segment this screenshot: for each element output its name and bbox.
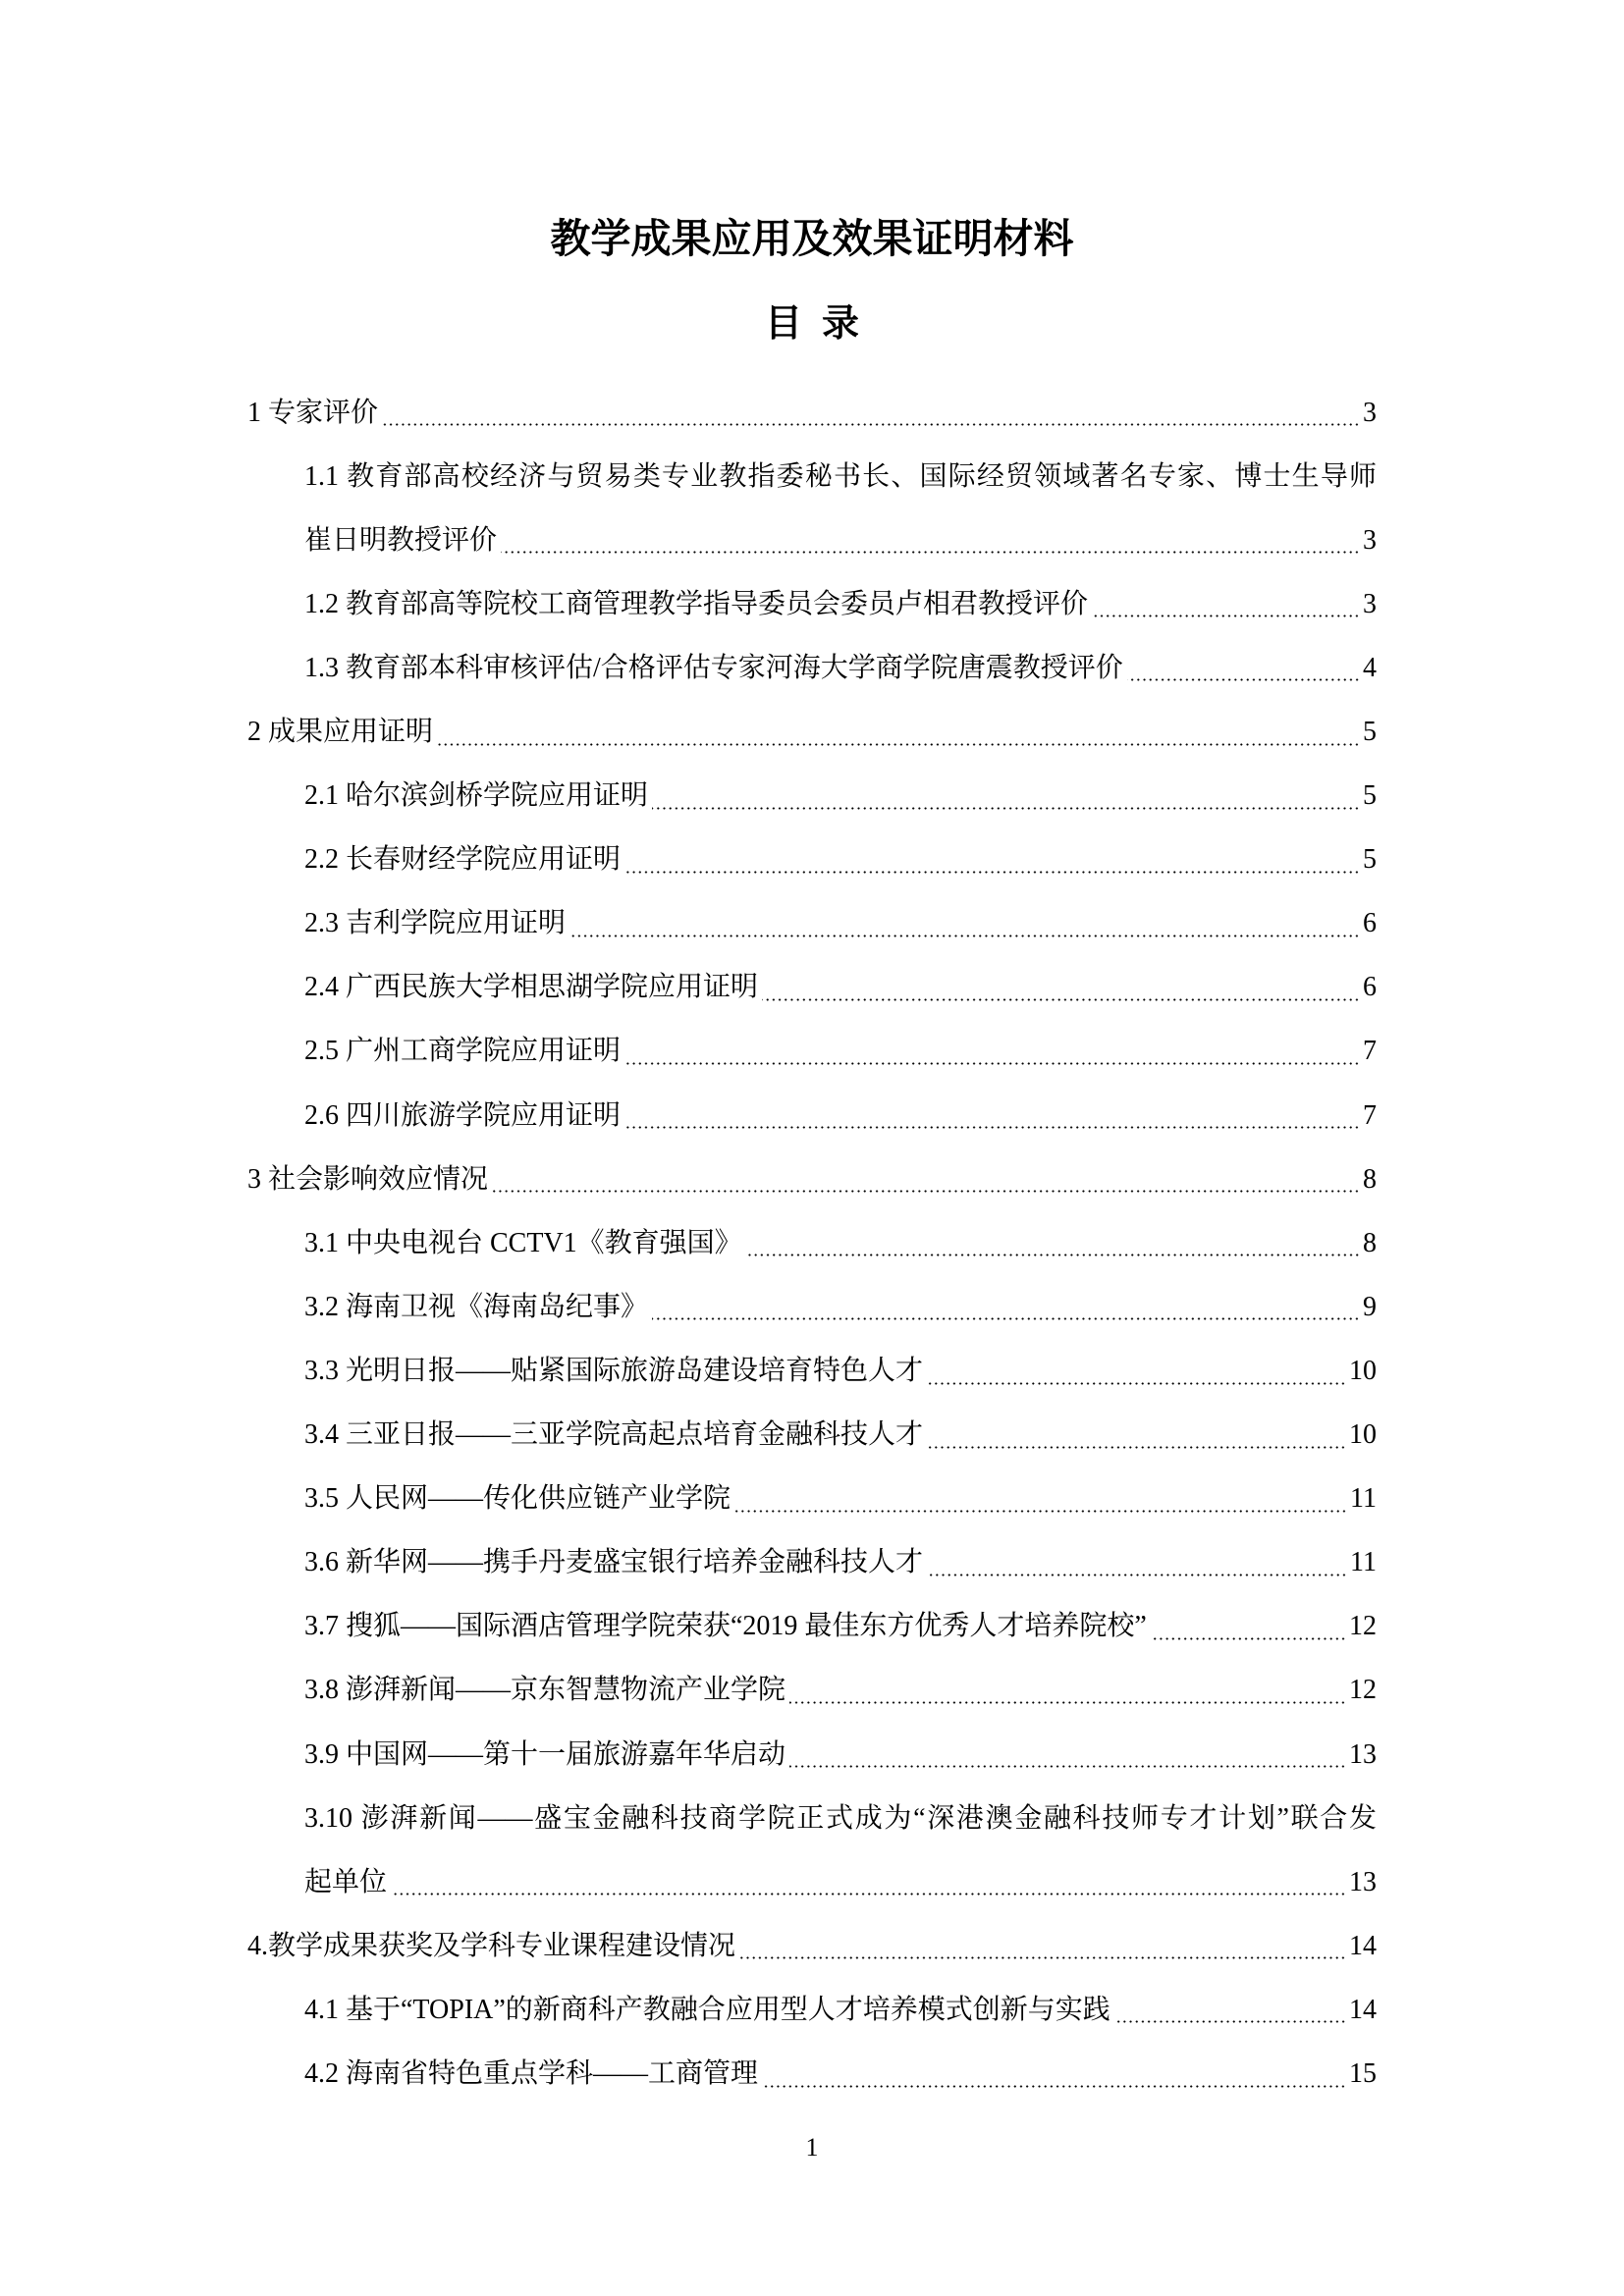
dot-leader xyxy=(624,1062,1360,1065)
toc-entry-subsection[interactable]: 3.10 澎湃新闻——盛宝金融科技商学院正式成为“深港澳金融科技师专才计划”联合… xyxy=(247,1787,1377,1850)
toc-entry-page-number: 3 xyxy=(1363,587,1377,622)
toc-entry-page-number: 6 xyxy=(1363,906,1377,941)
toc-entry-page-number: 8 xyxy=(1363,1162,1377,1198)
toc-entry-subsection[interactable]: 2.3 吉利学院应用证明6 xyxy=(247,892,1377,956)
dot-leader xyxy=(569,934,1360,937)
toc-entry-title: 1.1 教育部高校经济与贸易类专业教指委秘书长、国际经贸领域著名专家、博士生导师 xyxy=(304,459,1377,495)
toc-heading-char: 目 xyxy=(765,300,802,347)
toc-entry-page-number: 12 xyxy=(1349,1673,1377,1708)
dot-leader xyxy=(734,1510,1347,1513)
toc-entry-page-number: 11 xyxy=(1350,1481,1377,1517)
toc-entry-subsection[interactable]: 1.3 教育部本科审核评估/合格评估专家河海大学商学院唐震教授评价4 xyxy=(247,636,1377,700)
toc-entry-title: 3.6 新华网——携手丹麦盛宝银行培养金融科技人才 xyxy=(304,1545,923,1580)
toc-entry-title: 2.4 广西民族大学相思湖学院应用证明 xyxy=(304,970,758,1005)
toc-entry-title: 3.1 中央电视台 CCTV1《教育强国》 xyxy=(304,1226,742,1261)
dot-leader xyxy=(492,1190,1360,1193)
toc-entry-title: 2.5 广州工商学院应用证明 xyxy=(304,1034,621,1069)
dot-leader xyxy=(1092,614,1360,617)
toc-entry-title: 崔日明教授评价 xyxy=(304,523,497,559)
toc-entry-subsection[interactable]: 3.9 中国网——第十一届旅游嘉年华启动13 xyxy=(247,1723,1377,1787)
toc-entry-page-number: 4 xyxy=(1363,651,1377,686)
toc-entry-page-number: 14 xyxy=(1349,1929,1377,1964)
dot-leader xyxy=(624,1126,1360,1129)
table-of-contents: 1 专家评价31.1 教育部高校经济与贸易类专业教指委秘书长、国际经贸领域著名专… xyxy=(247,381,1377,2107)
toc-entry-subsection[interactable]: 3.6 新华网——携手丹麦盛宝银行培养金融科技人才11 xyxy=(247,1531,1377,1595)
toc-entry-subsection[interactable]: 3.2 海南卫视《海南岛纪事》9 xyxy=(247,1275,1377,1339)
toc-entry-page-number: 9 xyxy=(1363,1290,1377,1325)
toc-entry-section[interactable]: 3 社会影响效应情况8 xyxy=(247,1148,1377,1211)
toc-entry-title: 4.1 基于“TOPIA”的新商科产教融合应用型人才培养模式创新与实践 xyxy=(304,1993,1110,2028)
toc-entry-page-number: 15 xyxy=(1349,2056,1377,2092)
toc-entry-title: 2.1 哈尔滨剑桥学院应用证明 xyxy=(304,778,648,814)
toc-entry-page-number: 5 xyxy=(1363,778,1377,814)
toc-entry-title: 3.7 搜狐——国际酒店管理学院荣获“2019 最佳东方优秀人才培养院校” xyxy=(304,1609,1147,1644)
dot-leader xyxy=(927,1574,1347,1576)
dot-leader xyxy=(739,1956,1346,1959)
toc-entry-subsection[interactable]: 3.1 中央电视台 CCTV1《教育强国》8 xyxy=(247,1211,1377,1275)
toc-entry-title: 3.3 光明日报——贴紧国际旅游岛建设培育特色人才 xyxy=(304,1354,923,1389)
page-number: 1 xyxy=(0,2130,1624,2165)
toc-entry-title: 3.5 人民网——传化供应链产业学院 xyxy=(304,1481,731,1517)
toc-entry-title: 3.2 海南卫视《海南岛纪事》 xyxy=(304,1290,648,1325)
dot-leader xyxy=(927,1382,1346,1385)
toc-entry-subsection[interactable]: 3.8 澎湃新闻——京东智慧物流产业学院12 xyxy=(247,1659,1377,1723)
toc-entry-subsection[interactable]: 3.4 三亚日报——三亚学院高起点培育金融科技人才10 xyxy=(247,1404,1377,1468)
toc-entry-title: 3 社会影响效应情况 xyxy=(247,1162,488,1198)
toc-entry-page-number: 13 xyxy=(1349,1865,1377,1900)
toc-entry-title: 起单位 xyxy=(304,1865,387,1900)
toc-entry-page-number: 10 xyxy=(1349,1354,1377,1389)
dot-leader xyxy=(501,551,1360,554)
toc-entry-title: 2.2 长春财经学院应用证明 xyxy=(304,842,621,878)
dot-leader xyxy=(789,1765,1346,1768)
toc-entry-subsection[interactable]: 1.2 教育部高等院校工商管理教学指导委员会委员卢相君教授评价3 xyxy=(247,572,1377,636)
toc-entry-subsection[interactable]: 3.5 人民网——传化供应链产业学院11 xyxy=(247,1468,1377,1531)
dot-leader xyxy=(1114,2020,1346,2023)
toc-entry-subsection[interactable]: 2.4 广西民族大学相思湖学院应用证明6 xyxy=(247,956,1377,1020)
dot-leader xyxy=(437,743,1360,746)
dot-leader xyxy=(624,871,1360,874)
toc-entry-page-number: 13 xyxy=(1349,1737,1377,1773)
toc-entry-page-number: 8 xyxy=(1363,1226,1377,1261)
toc-entry-section[interactable]: 4.教学成果获奖及学科专业课程建设情况14 xyxy=(247,1914,1377,1978)
toc-entry-page-number: 14 xyxy=(1349,1993,1377,2028)
toc-entry-subsection[interactable]: 2.5 广州工商学院应用证明7 xyxy=(247,1020,1377,1084)
toc-heading: 目录 xyxy=(0,300,1624,347)
toc-entry-subsection[interactable]: 2.6 四川旅游学院应用证明7 xyxy=(247,1084,1377,1148)
toc-entry-title: 3.8 澎湃新闻——京东智慧物流产业学院 xyxy=(304,1673,785,1708)
dot-leader xyxy=(652,1317,1360,1320)
toc-entry-page-number: 11 xyxy=(1350,1545,1377,1580)
dot-leader xyxy=(762,998,1360,1001)
toc-entry-page-number: 3 xyxy=(1363,523,1377,559)
toc-entry-title: 2 成果应用证明 xyxy=(247,715,433,750)
dot-leader xyxy=(391,1893,1346,1896)
toc-entry-title: 3.10 澎湃新闻——盛宝金融科技商学院正式成为“深港澳金融科技师专才计划”联合… xyxy=(304,1801,1377,1837)
toc-entry-page-number: 5 xyxy=(1363,715,1377,750)
dot-leader xyxy=(746,1254,1360,1256)
toc-entry-subsection[interactable]: 3.7 搜狐——国际酒店管理学院荣获“2019 最佳东方优秀人才培养院校”12 xyxy=(247,1595,1377,1659)
toc-entry-title: 4.教学成果获奖及学科专业课程建设情况 xyxy=(247,1929,735,1964)
toc-entry-title: 4.2 海南省特色重点学科——工商管理 xyxy=(304,2056,758,2092)
dot-leader xyxy=(1151,1637,1346,1640)
toc-entry-subsection[interactable]: 2.1 哈尔滨剑桥学院应用证明5 xyxy=(247,765,1377,828)
toc-entry-title: 3.9 中国网——第十一届旅游嘉年华启动 xyxy=(304,1737,785,1773)
toc-entry-page-number: 12 xyxy=(1349,1609,1377,1644)
toc-entry-page-number: 3 xyxy=(1363,396,1377,431)
toc-entry-subsection[interactable]: 4.1 基于“TOPIA”的新商科产教融合应用型人才培养模式创新与实践14 xyxy=(247,1978,1377,2042)
toc-entry-page-number: 7 xyxy=(1363,1034,1377,1069)
toc-entry-title: 1.3 教育部本科审核评估/合格评估专家河海大学商学院唐震教授评价 xyxy=(304,651,1123,686)
toc-entry-page-number: 7 xyxy=(1363,1098,1377,1134)
toc-entry-subsection[interactable]: 4.2 海南省特色重点学科——工商管理15 xyxy=(247,2042,1377,2106)
toc-entry-section[interactable]: 2 成果应用证明5 xyxy=(247,700,1377,764)
dot-leader xyxy=(1127,678,1360,681)
toc-entry-title: 1.2 教育部高等院校工商管理教学指导委员会委员卢相君教授评价 xyxy=(304,587,1088,622)
toc-entry-title: 2.6 四川旅游学院应用证明 xyxy=(304,1098,621,1134)
toc-entry-subsection[interactable]: 2.2 长春财经学院应用证明5 xyxy=(247,828,1377,892)
dot-leader xyxy=(382,423,1360,426)
dot-leader xyxy=(762,2085,1346,2088)
dot-leader xyxy=(927,1446,1346,1449)
toc-entry-subsection[interactable]: 3.3 光明日报——贴紧国际旅游岛建设培育特色人才10 xyxy=(247,1339,1377,1403)
dot-leader xyxy=(789,1701,1346,1704)
document-title: 教学成果应用及效果证明材料 xyxy=(0,214,1624,263)
toc-entry-section[interactable]: 1 专家评价3 xyxy=(247,381,1377,445)
toc-entry-page-number: 6 xyxy=(1363,970,1377,1005)
toc-entry-subsection[interactable]: 1.1 教育部高校经济与贸易类专业教指委秘书长、国际经贸领域著名专家、博士生导师 xyxy=(247,445,1377,508)
toc-heading-char: 录 xyxy=(822,300,859,347)
toc-entry-title: 3.4 三亚日报——三亚学院高起点培育金融科技人才 xyxy=(304,1417,923,1453)
toc-entry-title: 1 专家评价 xyxy=(247,396,378,431)
toc-entry-page-number: 5 xyxy=(1363,842,1377,878)
toc-entry-subsection[interactable]: 崔日明教授评价3 xyxy=(247,508,1377,572)
toc-entry-page-number: 10 xyxy=(1349,1417,1377,1453)
toc-entry-subsection[interactable]: 起单位13 xyxy=(247,1850,1377,1914)
dot-leader xyxy=(652,807,1360,810)
toc-entry-title: 2.3 吉利学院应用证明 xyxy=(304,906,566,941)
